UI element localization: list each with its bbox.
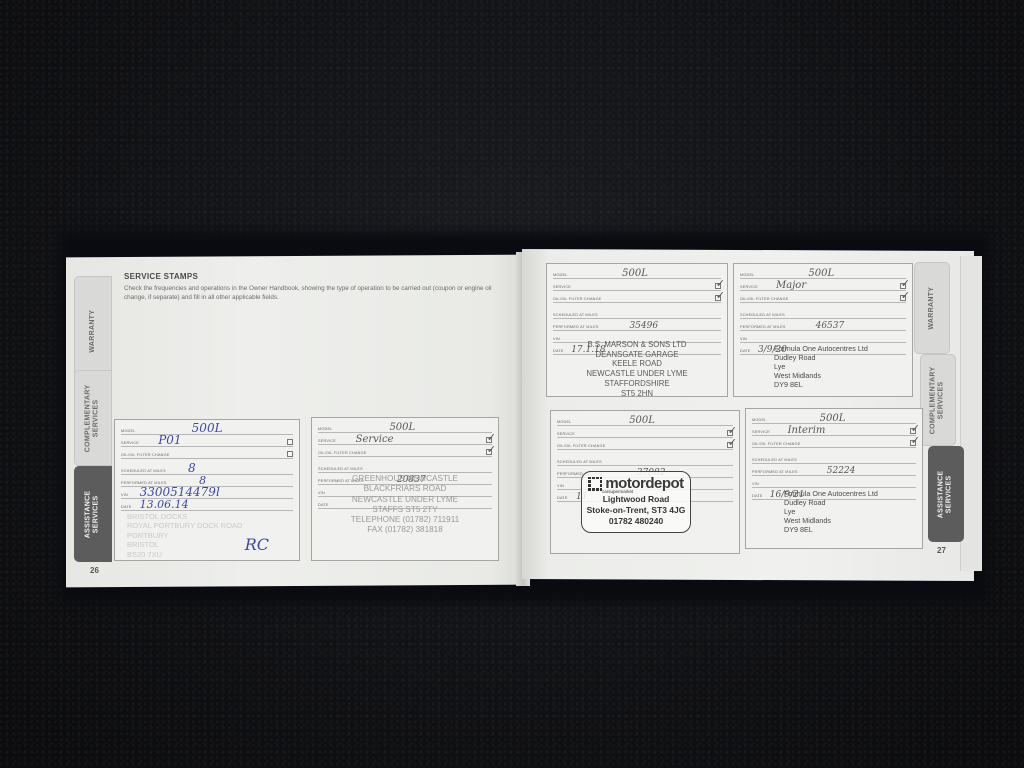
service-checkbox[interactable] <box>287 439 293 445</box>
oil-filter-field[interactable]: OIL/OIL FILTER CHANGE✓ <box>752 438 916 448</box>
tab-assistance-services-left[interactable]: ASSISTANCE SERVICES <box>74 466 112 562</box>
dealer-stamp: Formula One Autocentres Ltd Dudley Road … <box>774 344 912 389</box>
model-field[interactable]: MODEL500L <box>740 269 906 279</box>
oil-filter-label: OIL/OIL FILTER CHANGE <box>557 444 606 448</box>
scheduled-miles-value: 8 <box>188 461 196 475</box>
oil-filter-label: OIL/OIL FILTER CHANGE <box>740 297 789 301</box>
vin-field[interactable]: VIN <box>752 478 916 488</box>
dealer-stamp: BRISTOL DOCKS ROYAL PORTBURY DOCK ROAD P… <box>127 512 299 559</box>
tab-complementary-services-left[interactable]: COMPLEMENTARY SERVICES <box>74 370 112 466</box>
dealer-address-line: 01782 480240 <box>582 516 690 527</box>
scheduled-miles-field[interactable]: SCHEDULED AT MILES <box>557 456 733 466</box>
service-stamp-card: MODEL500LSERVICEInterim✓OIL/OIL FILTER C… <box>745 408 923 549</box>
scheduled-miles-label: SCHEDULED AT MILES <box>553 313 598 317</box>
signature: RC <box>245 535 269 554</box>
service-field[interactable]: SERVICEService✓ <box>318 435 492 445</box>
intro-text: Check the frequencies and operations in … <box>124 284 504 302</box>
oil-filter-field[interactable]: OIL/OIL FILTER CHANGE✓ <box>318 447 492 457</box>
oil-filter-field[interactable]: OIL/OIL FILTER CHANGE✓ <box>557 440 733 450</box>
model-value: 500L <box>192 421 223 435</box>
checkmark-icon: ✓ <box>901 289 910 302</box>
service-stamp-card: MODEL500LSERVICE✓OIL/OIL FILTER CHANGE✓S… <box>546 263 728 397</box>
scheduled-miles-field[interactable]: SCHEDULED AT MILES <box>752 454 916 464</box>
service-stamp-card: MODEL500LSERVICEMajor✓OIL/OIL FILTER CHA… <box>733 263 913 397</box>
page-heading: SERVICE STAMPS <box>124 272 198 281</box>
scheduled-miles-label: SCHEDULED AT MILES <box>121 469 166 473</box>
date-value: 13.06.14 <box>140 498 189 511</box>
performed-miles-label: PERFORMED AT MILES <box>740 325 786 329</box>
dealer-address-line: Stoke-on-Trent, ST3 4JG <box>582 505 690 516</box>
model-label: MODEL <box>121 429 136 433</box>
scheduled-miles-label: SCHEDULED AT MILES <box>752 458 797 462</box>
service-stamp-card: MODEL500LSERVICE✓OIL/OIL FILTER CHANGE✓S… <box>550 410 740 554</box>
scheduled-miles-field[interactable]: SCHEDULED AT MILES8 <box>121 465 293 475</box>
performed-miles-field[interactable]: PERFORMED AT MILES46537 <box>740 321 906 331</box>
date-label: DATE <box>121 505 132 509</box>
scheduled-miles-field[interactable]: SCHEDULED AT MILES <box>740 309 906 319</box>
vin-field[interactable]: VIN <box>740 333 906 343</box>
tab-complementary-services-right[interactable]: COMPLEMENTARY SERVICES <box>920 354 956 446</box>
performed-miles-value: 46537 <box>816 321 845 331</box>
service-field[interactable]: SERVICE✓ <box>553 281 721 291</box>
model-label: MODEL <box>740 273 755 277</box>
model-field[interactable]: MODEL500L <box>557 416 733 426</box>
service-value: Interim <box>788 425 826 436</box>
vin-label: VIN <box>740 337 747 341</box>
service-stamp-card: MODEL500LSERVICEService✓OIL/OIL FILTER C… <box>311 417 499 561</box>
oil-filter-checkbox[interactable] <box>287 451 293 457</box>
model-field[interactable]: MODEL500L <box>121 425 293 435</box>
page-number-right: 27 <box>937 546 946 555</box>
vin-label: VIN <box>121 493 128 497</box>
scheduled-miles-field[interactable]: SCHEDULED AT MILES <box>553 309 721 319</box>
dealer-stamp: B.S. MARSON & SONS LTD DEANSGATE GARAGE … <box>547 340 727 398</box>
service-stamp-card: MODEL500LSERVICEP01OIL/OIL FILTER CHANGE… <box>114 419 300 561</box>
scheduled-miles-label: SCHEDULED AT MILES <box>557 460 602 464</box>
dealer-stamp: Formula One Autocentres Ltd Dudley Road … <box>784 489 922 534</box>
performed-miles-label: PERFORMED AT MILES <box>752 470 798 474</box>
service-label: SERVICE <box>553 285 571 289</box>
vin-label: VIN <box>752 482 759 486</box>
service-value: Major <box>776 280 806 291</box>
model-field[interactable]: MODEL500L <box>752 414 916 424</box>
motordepot-grid-icon <box>588 477 602 491</box>
model-label: MODEL <box>752 418 767 422</box>
model-label: MODEL <box>557 420 572 424</box>
page-number-left: 26 <box>90 566 99 575</box>
model-label: MODEL <box>318 427 333 431</box>
scheduled-miles-label: SCHEDULED AT MILES <box>740 313 785 317</box>
tab-assistance-services-right[interactable]: ASSISTANCE SERVICES <box>928 446 964 542</box>
service-field[interactable]: SERVICE✓ <box>557 428 733 438</box>
date-label: DATE <box>557 496 568 500</box>
oil-filter-label: OIL/OIL FILTER CHANGE <box>121 453 170 457</box>
dealer-stamp-motordepot: motordepotcarsupermarketLightwood RoadSt… <box>581 471 691 533</box>
oil-filter-field[interactable]: OIL/OIL FILTER CHANGE <box>121 449 293 459</box>
performed-miles-label: PERFORMED AT MILES <box>553 325 599 329</box>
service-label: SERVICE <box>121 441 139 445</box>
service-label: SERVICE <box>557 432 575 436</box>
model-value: 500L <box>629 415 655 426</box>
date-label: DATE <box>740 349 751 353</box>
tab-warranty-right[interactable]: WARRANTY <box>914 262 950 354</box>
service-field[interactable]: SERVICEP01 <box>121 437 293 447</box>
oil-filter-field[interactable]: OIL/OIL FILTER CHANGE✓ <box>553 293 721 303</box>
checkmark-icon: ✓ <box>716 289 725 302</box>
motordepot-logo: motordepot <box>582 475 690 492</box>
checkmark-icon: ✓ <box>487 443 496 456</box>
service-field[interactable]: SERVICEMajor✓ <box>740 281 906 291</box>
date-label: DATE <box>752 494 763 498</box>
service-value: P01 <box>158 433 181 447</box>
model-field[interactable]: MODEL500L <box>553 269 721 279</box>
model-value: 500L <box>389 422 415 433</box>
oil-filter-field[interactable]: OIL/OIL FILTER CHANGE✓ <box>740 293 906 303</box>
oil-filter-label: OIL/OIL FILTER CHANGE <box>553 297 602 301</box>
performed-miles-value: 35496 <box>629 321 658 331</box>
dealer-stamp: GREENHOUS NEWCASTLE BLACKFRIARS ROAD NEW… <box>312 474 498 536</box>
service-label: SERVICE <box>318 439 336 443</box>
service-label: SERVICE <box>752 430 770 434</box>
service-value: Service <box>356 434 394 445</box>
dealer-address-line: Lightwood Road <box>582 494 690 505</box>
checkmark-icon: ✓ <box>728 436 737 449</box>
model-value: 500L <box>622 268 648 279</box>
performed-miles-field[interactable]: PERFORMED AT MILES52224 <box>752 466 916 476</box>
performed-miles-field[interactable]: PERFORMED AT MILES35496 <box>553 321 721 331</box>
vin-label: VIN <box>557 484 564 488</box>
scheduled-miles-field[interactable]: SCHEDULED AT MILES <box>318 463 492 473</box>
oil-filter-label: OIL/OIL FILTER CHANGE <box>752 442 801 446</box>
service-label: SERVICE <box>740 285 758 289</box>
model-label: MODEL <box>553 273 568 277</box>
vin-value: 3300514479l <box>140 485 220 499</box>
oil-filter-label: OIL/OIL FILTER CHANGE <box>318 451 367 455</box>
model-value: 500L <box>820 413 846 424</box>
service-field[interactable]: SERVICEInterim✓ <box>752 426 916 436</box>
checkmark-icon: ✓ <box>911 434 920 447</box>
model-value: 500L <box>808 268 834 279</box>
scheduled-miles-label: SCHEDULED AT MILES <box>318 467 363 471</box>
model-field[interactable]: MODEL500L <box>318 423 492 433</box>
performed-miles-value: 52224 <box>827 466 856 476</box>
date-field[interactable]: DATE13.06.14 <box>121 501 293 511</box>
